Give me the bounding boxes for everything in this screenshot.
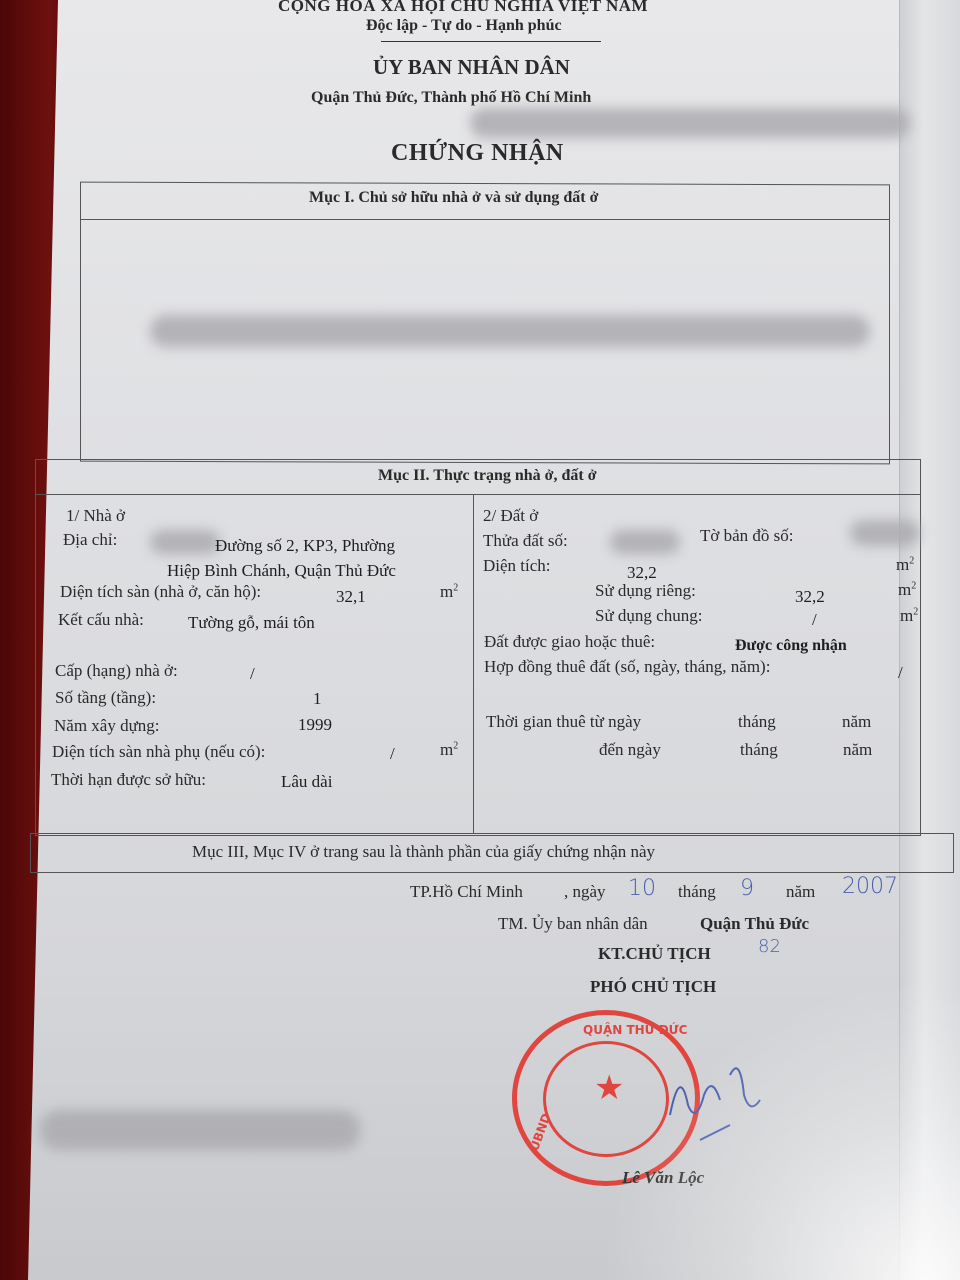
light-glare	[600, 980, 960, 1280]
grade-label: Cấp (hạng) nhà ở:	[55, 661, 178, 681]
floors-label: Số tầng (tầng):	[55, 688, 156, 708]
lease-to-year-label: năm	[843, 740, 872, 760]
on-behalf-label: TM. Ủy ban nhân dân	[498, 914, 648, 934]
land-area-label: Diện tích:	[483, 556, 551, 576]
issue-day: 10	[628, 876, 656, 901]
signer-role1: KT.CHỦ TỊCH	[598, 944, 711, 964]
address-line2: Hiệp Bình Chánh, Quận Thủ Đức	[167, 561, 396, 581]
private-use-value: 32,2	[795, 587, 825, 607]
address-line1: Đường số 2, KP3, Phường	[215, 536, 395, 556]
lease-from-year-label: năm	[842, 712, 871, 732]
land-area-unit: m2	[896, 555, 914, 575]
parcel-label: Thửa đất số:	[483, 531, 568, 551]
document-title: CHỨNG NHẬN	[391, 140, 564, 167]
aux-area-value: /	[390, 744, 395, 764]
redacted-owner-info	[150, 315, 870, 347]
map-sheet-label: Tờ bản đồ số:	[700, 526, 794, 546]
ownership-term-value: Lâu dài	[281, 772, 332, 792]
national-motto: Độc lập - Tự do - Hạnh phúc	[366, 17, 562, 35]
issue-year: 2007	[842, 874, 898, 899]
floors-value: 1	[313, 689, 322, 709]
issue-month-label: tháng	[678, 882, 716, 902]
year-built-value: 1999	[298, 715, 332, 735]
private-use-label: Sử dụng riêng:	[595, 581, 696, 601]
lease-to-label: đến ngày	[599, 740, 661, 760]
private-use-unit: m2	[898, 580, 916, 600]
redacted-map-sheet	[850, 520, 920, 546]
shared-use-unit: m2	[900, 606, 918, 626]
house-heading: 1/ Nhà ở	[66, 506, 125, 526]
issue-month: 9	[740, 876, 754, 901]
land-area-value: 32,2	[627, 563, 657, 583]
issue-day-label: , ngày	[564, 882, 606, 902]
lease-from-label: Thời gian thuê từ ngày	[486, 712, 641, 732]
section1-header-divider	[80, 219, 890, 220]
lease-to-month-label: tháng	[740, 740, 778, 760]
year-built-label: Năm xây dựng:	[54, 716, 160, 736]
shared-use-label: Sử dụng chung:	[595, 606, 702, 626]
structure-label: Kết cấu nhà:	[58, 610, 144, 630]
footer-note: Mục III, Mục IV ở trang sau là thành phầ…	[192, 842, 655, 862]
section2-title: Mục II. Thực trạng nhà ở, đất ở	[378, 467, 597, 485]
floor-area-label: Diện tích sàn (nhà ở, căn hộ):	[60, 582, 261, 602]
issuer-name: ỦY BAN NHÂN DÂN	[373, 55, 570, 80]
issuer-location: Quận Thủ Đức, Thành phố Hồ Chí Minh	[311, 89, 591, 107]
section2-column-divider	[473, 494, 474, 834]
on-behalf-unit: Quận Thủ Đức	[700, 914, 809, 934]
motto-underline	[381, 41, 601, 42]
section2-header-divider	[35, 494, 921, 495]
section1-title: Mục I. Chủ sở hữu nhà ở và sử dụng đất ở	[309, 189, 598, 207]
shared-use-value: /	[812, 610, 817, 630]
issue-place: TP.Hồ Chí Minh	[410, 882, 523, 902]
structure-value: Tường gỗ, mái tôn	[188, 613, 315, 633]
grade-value: /	[250, 664, 255, 684]
ownership-term-label: Thời hạn được sở hữu:	[51, 770, 206, 790]
address-label: Địa chỉ:	[63, 530, 117, 550]
aux-area-label: Diện tích sàn nhà phụ (nếu có):	[52, 742, 265, 762]
allocation-label: Đất được giao hoặc thuê:	[484, 632, 655, 652]
floor-area-unit: m2	[440, 582, 458, 602]
lease-contract-value: /	[898, 663, 903, 683]
floor-area-value: 32,1	[336, 587, 366, 607]
redacted-footer-info	[40, 1110, 360, 1150]
allocation-value: Được công nhận	[735, 637, 847, 655]
lease-contract-label: Hợp đồng thuê đất (số, ngày, tháng, năm)…	[484, 657, 770, 677]
redacted-house-number	[150, 530, 220, 554]
land-heading: 2/ Đất ở	[483, 506, 538, 526]
initial-mark: 82	[758, 936, 781, 957]
redacted-parcel-number	[610, 530, 680, 554]
lease-from-month-label: tháng	[738, 712, 776, 732]
issue-year-label: năm	[786, 882, 815, 902]
redacted-field	[470, 108, 910, 138]
aux-area-unit: m2	[440, 740, 458, 760]
national-title: CỘNG HOÀ XÃ HỘI CHỦ NGHĨA VIỆT NAM	[278, 0, 648, 16]
